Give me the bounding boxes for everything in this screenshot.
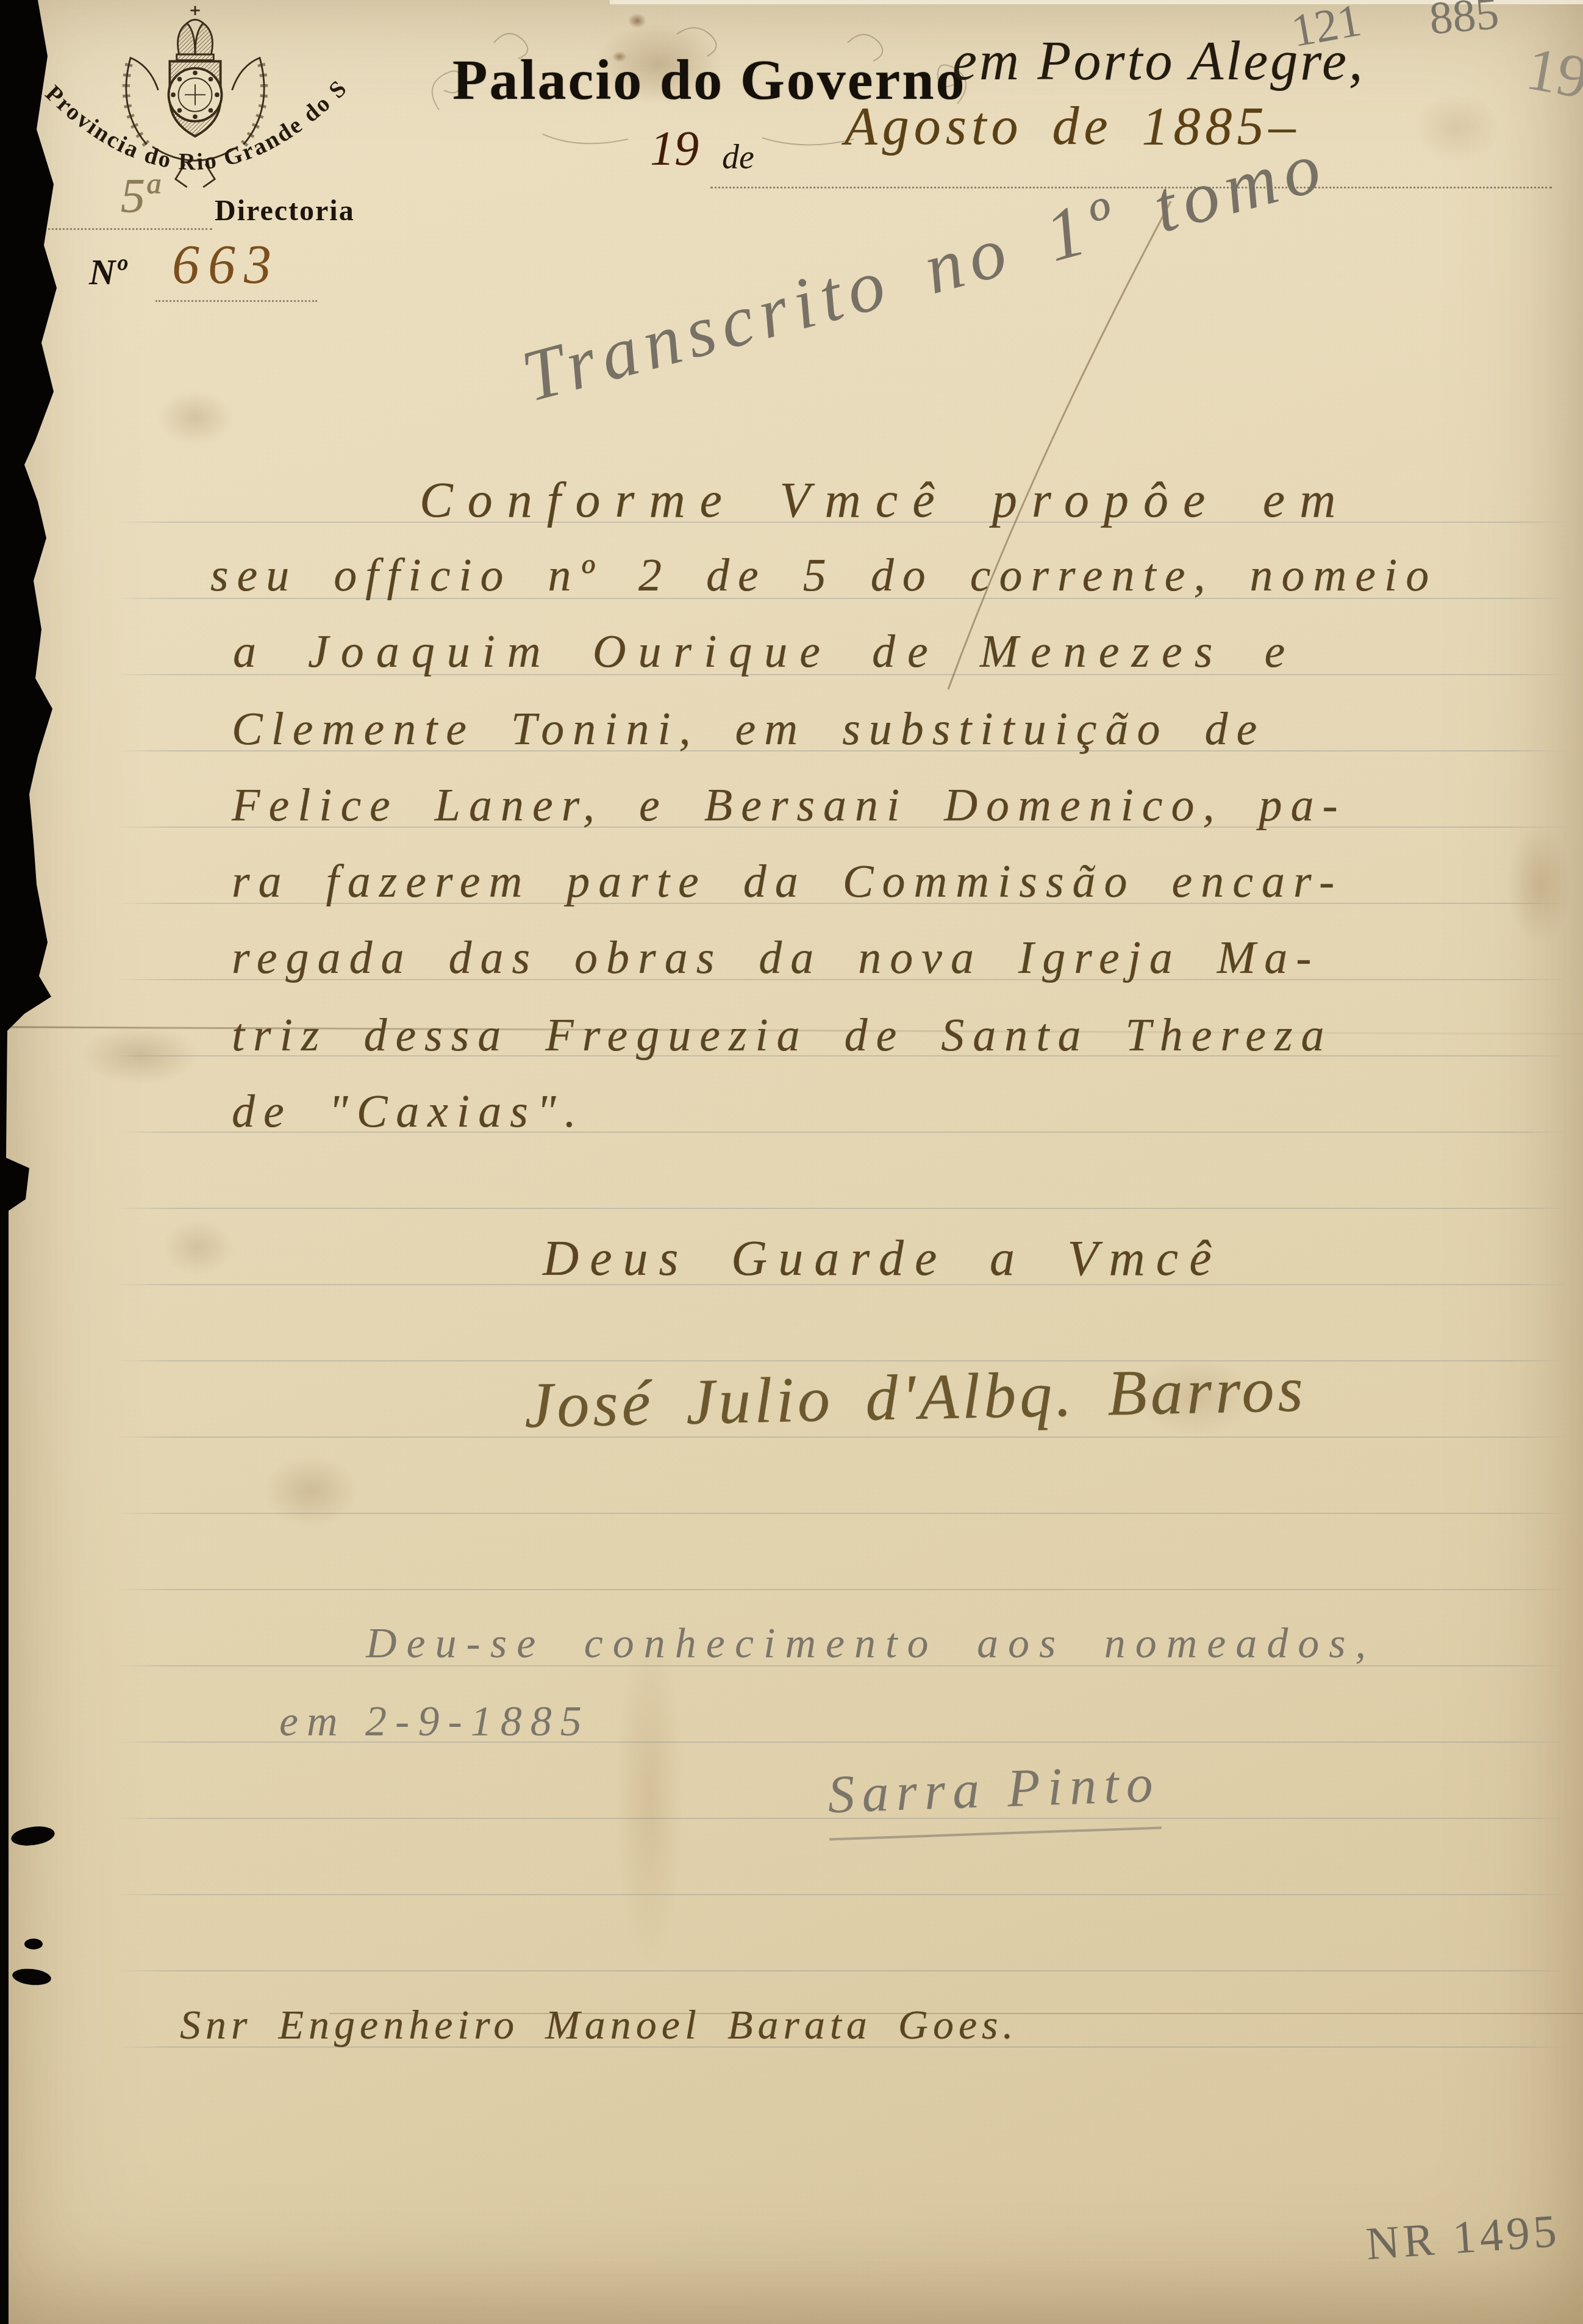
- document-number: 663: [172, 238, 280, 293]
- annotation-signature: Sarra Pinto: [827, 1757, 1162, 1841]
- body-line: seu officio nº 2 de 5 do corrente, nomei…: [210, 552, 1437, 598]
- body-line: Clemente Tonini, em substituição de: [232, 706, 1265, 752]
- paper-sheet: Provincia do Rio Grande do Sul. 5ª Direc…: [0, 0, 1583, 2324]
- number-label: Nº: [89, 254, 126, 290]
- president-signature: José Julio d'Albq. Barros: [524, 1357, 1307, 1438]
- date-particle: de: [722, 140, 754, 174]
- addressee-line: Snr Engenheiro Manoel Barata Goes.: [180, 2004, 1018, 2045]
- dotted-rule: [155, 300, 317, 302]
- body-line: Felice Laner, e Bersani Domenico, pa-: [232, 782, 1346, 828]
- body-line: triz dessa Freguezia de Santa Thereza: [232, 1012, 1333, 1058]
- body-line: a Joaquim Ourique de Menezes e: [233, 628, 1297, 675]
- date-day: 19: [650, 124, 699, 173]
- valediction: Deus Guarde a Vmcê: [543, 1233, 1223, 1283]
- annotation-date: em 2-9-1885: [279, 1701, 590, 1743]
- body-line: regada das obras da nova Igreja Ma-: [232, 934, 1320, 981]
- pencil-archive-number: 121: [1288, 0, 1364, 54]
- stain: [140, 378, 250, 457]
- shield-icon: [168, 61, 221, 136]
- torn-hole: [24, 1938, 43, 1949]
- annotation-line: Deu-se conhecimento aos nomeados,: [366, 1623, 1376, 1665]
- body-line: ra fazerem parte da Commissão encar-: [232, 858, 1343, 905]
- body-line: Conforme Vmcê propôe em: [420, 475, 1350, 525]
- pencil-archive-number: 19: [1522, 38, 1583, 109]
- directoria-number-handwritten: 5ª: [121, 172, 159, 221]
- pencil-archive-number: 885: [1428, 0, 1501, 42]
- scanned-letter-page: Provincia do Rio Grande do Sul. 5ª Direc…: [0, 0, 1583, 2324]
- body-line: de "Caxias".: [232, 1088, 585, 1135]
- catalog-code: NR 1495: [1365, 2207, 1562, 2267]
- directoria-label: Directoria: [215, 196, 355, 226]
- imperial-crown-icon: [177, 6, 214, 60]
- dotted-rule: [37, 228, 212, 230]
